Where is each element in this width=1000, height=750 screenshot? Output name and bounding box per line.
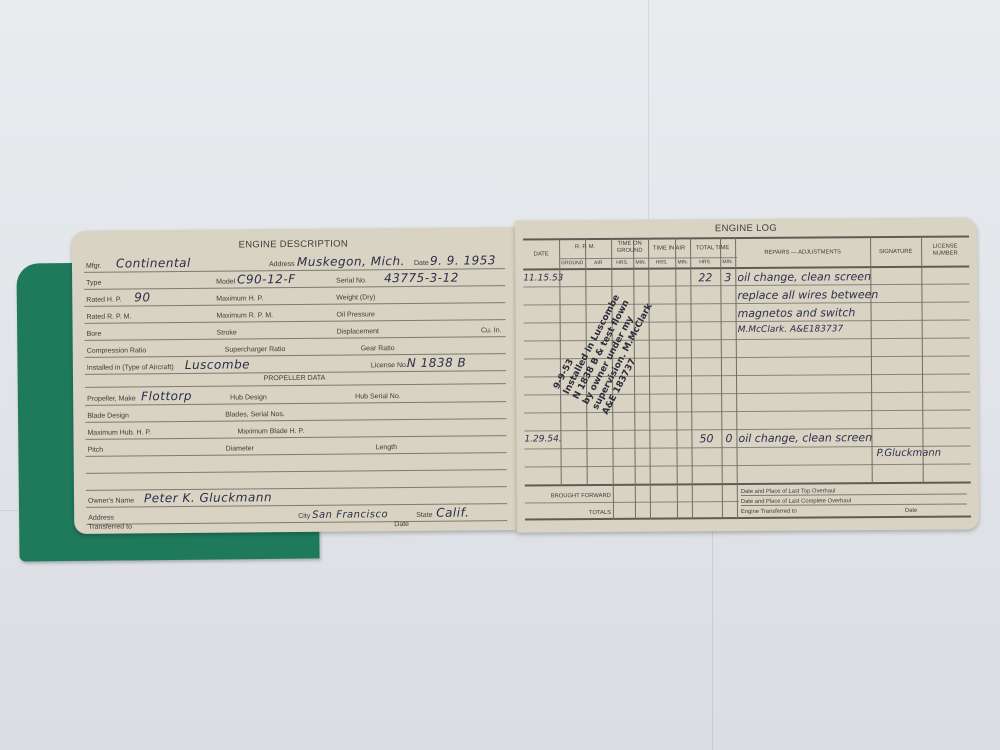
table-seam-vertical — [712, 530, 713, 750]
aircraft-value: Luscombe — [185, 357, 250, 372]
entry-2-total-hrs: 50 — [699, 432, 713, 445]
entry-1-repair-line-1: oil change, clean screen — [737, 270, 871, 284]
page-title: ENGINE DESCRIPTION — [72, 237, 515, 252]
engine-log-page: ENGINE LOG DATE R. P. M. — [515, 217, 979, 532]
serial-value: 43775-3-12 — [384, 271, 459, 286]
table-seam-vertical — [648, 0, 649, 220]
entry-1-date: 11.15.53 — [523, 273, 563, 283]
entry-1-total-hrs: 22 — [698, 271, 712, 284]
rated-hp-value: 90 — [134, 290, 150, 304]
entry-1-repair-line-2: replace all wires between — [737, 288, 878, 302]
entry-1-repair-line-3: magnetos and switch — [738, 306, 856, 320]
mfgr-value: Continental — [116, 256, 191, 271]
entry-2-total-min: 0 — [725, 432, 732, 445]
entry-1-total-min: 3 — [724, 271, 731, 284]
date-value: 9. 9. 1953 — [430, 253, 496, 268]
engine-description-page: ENGINE DESCRIPTION Mfgr. Continental Add… — [72, 227, 518, 534]
table-seam-horizontal — [0, 510, 20, 511]
license-value: N 1838 B — [407, 356, 467, 371]
entry-1-signature: M.McClark. A&E183737 — [738, 324, 844, 335]
address-value: Muskegon, Mich. — [297, 254, 405, 269]
log-grid: DATE R. P. M. GROUND AIR TIME ON GROUND … — [523, 235, 971, 520]
model-value: C90-12-F — [237, 272, 296, 287]
row-transferred: Transferred to Date — [86, 517, 507, 533]
entry-2-date: 1.29.54. — [524, 434, 561, 444]
entry-2-repair-line-1: oil change, clean screen — [738, 431, 872, 445]
owner-name-value: Peter K. Gluckmann — [144, 490, 272, 505]
propeller-make-value: Flottorp — [141, 389, 192, 403]
entry-2-signature: P.Gluckmann — [877, 448, 942, 459]
page-title: ENGINE LOG — [515, 221, 977, 235]
